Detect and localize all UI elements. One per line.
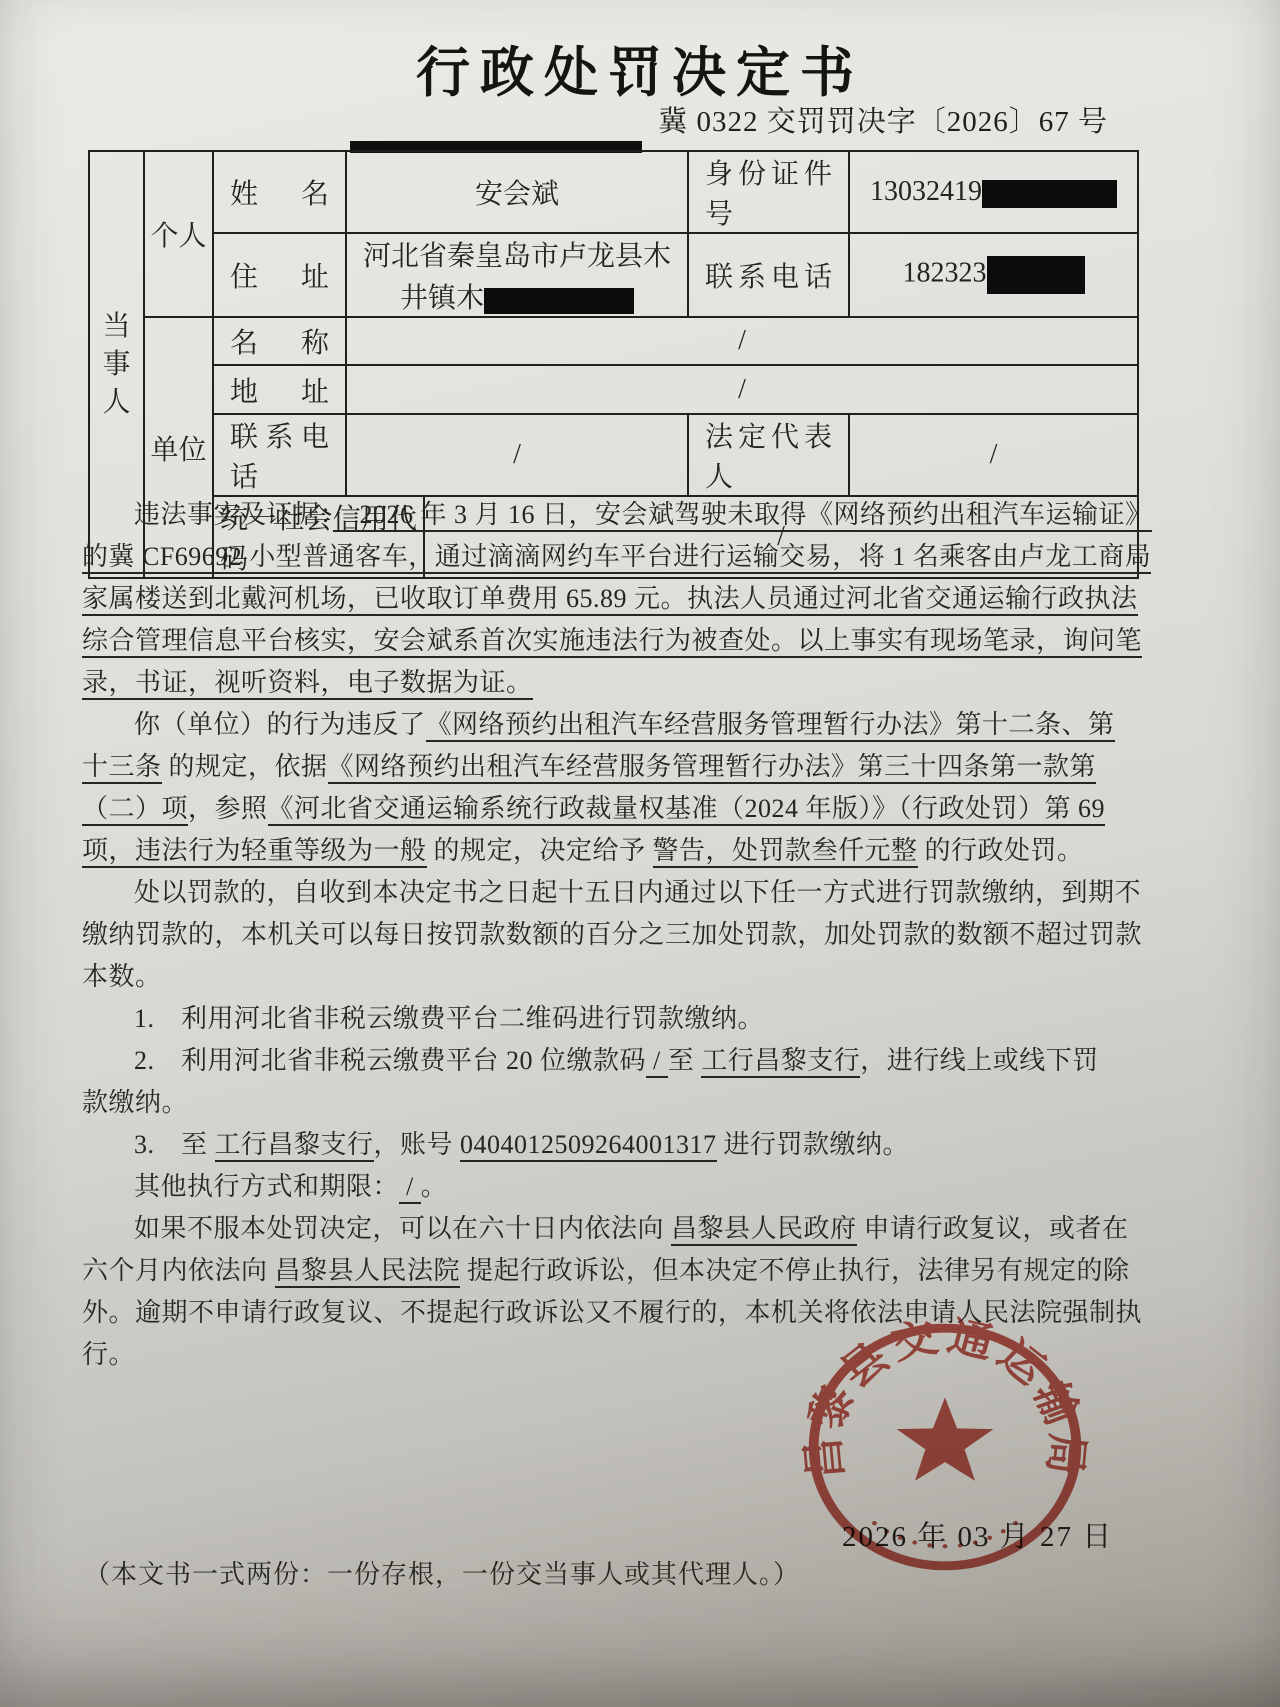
printed-text: 1. 利用河北省非税云缴费平台二维码进行罚款缴纳。 bbox=[134, 1004, 764, 1033]
filled-blank-text: 综合管理信息平台核实，安会斌系首次实施违法行为被查处。以上事实有现场笔录，询问笔 bbox=[82, 626, 1142, 658]
body-line: 项，违法行为轻重等级为一般 的规定，决定给予 警告，处罚款叁仟元整 的行政处罚。 bbox=[82, 830, 1144, 872]
printed-text: 缴纳罚款的，本机关可以每日按罚款数额的百分之三加处罚款，加处罚款的数额不超过罚款 bbox=[82, 920, 1142, 949]
filled-blank-text: 工行昌黎支行 bbox=[215, 1130, 374, 1162]
printed-text: 本数。 bbox=[82, 962, 162, 991]
printed-text: ，参照 bbox=[188, 794, 268, 823]
body-line: 综合管理信息平台核实，安会斌系首次实施违法行为被查处。以上事实有现场笔录，询问笔 bbox=[82, 620, 1144, 662]
name-value: 安会斌 bbox=[346, 151, 688, 233]
printed-text: 2. 利用河北省非税云缴费平台 20 位缴款码 bbox=[134, 1046, 646, 1075]
body-line: 录，书证，视听资料，电子数据为证。 bbox=[82, 662, 1144, 704]
id-number-prefix: 13032419 bbox=[870, 176, 982, 207]
filled-blank-text: 《网络预约出租汽车经营服务管理暂行办法》第三十四条第一款第 bbox=[328, 752, 1097, 784]
document-title: 行政处罚决定书 bbox=[0, 30, 1280, 107]
body-line: 2. 利用河北省非税云缴费平台 20 位缴款码 / 至 工行昌黎支行，进行线上或… bbox=[82, 1040, 1144, 1082]
body-text: 违法事实及证据： 2026 年 3 月 16 日，安会斌驾驶未取得《网络预约出租… bbox=[82, 494, 1144, 1376]
seal-code-marks bbox=[872, 1521, 1018, 1548]
footer-note: （本文书一式两份：一份存根，一份交当事人或其代理人。） bbox=[84, 1554, 800, 1591]
printed-text: 违法事实及证据： bbox=[134, 500, 333, 529]
body-line: 如果不服本处罚决定，可以在六十日内依法向 昌黎县人民政府 申请行政复议，或者在 bbox=[82, 1208, 1144, 1250]
org-name-label: 名称 bbox=[213, 317, 346, 365]
filled-blank-text: / bbox=[646, 1046, 668, 1078]
org-address-value: / bbox=[346, 365, 1138, 414]
printed-text: ，进行线上或线下罚 bbox=[860, 1046, 1099, 1075]
filled-blank-text: 警告，处罚款叁仟元整 bbox=[653, 836, 918, 868]
printed-text: 的规定，决定给予 bbox=[427, 836, 653, 865]
filled-blank-text: 《网络预约出租汽车经营服务管理暂行办法》第十二条、第 bbox=[426, 710, 1115, 742]
org-address-label: 地址 bbox=[213, 365, 346, 414]
body-line: 1. 利用河北省非税云缴费平台二维码进行罚款缴纳。 bbox=[82, 998, 1144, 1040]
filled-blank-text: 昌黎县人民法院 bbox=[275, 1256, 461, 1288]
address-line2-prefix: 井镇木 bbox=[400, 283, 484, 314]
body-line: 的冀 CF69692 小型普通客车，通过滴滴网约车平台进行运输交易，将 1 名乘… bbox=[82, 536, 1144, 578]
body-line: 十三条 的规定，依据《网络预约出租汽车经营服务管理暂行办法》第三十四条第一款第 bbox=[82, 746, 1144, 788]
body-line: （二）项，参照《河北省交通运输系统行政裁量权基准（2024 年版）》（行政处罚）… bbox=[82, 788, 1144, 830]
redaction-bar bbox=[982, 180, 1117, 208]
legal-rep-label: 法定代表人 bbox=[688, 414, 849, 496]
filled-blank-text: / bbox=[399, 1172, 421, 1204]
filled-blank-text: 昌黎县人民政府 bbox=[671, 1214, 857, 1246]
org-phone-value: / bbox=[346, 414, 688, 496]
printed-text: 的行政处罚。 bbox=[918, 836, 1084, 865]
redaction-bar bbox=[484, 288, 634, 314]
printed-text: 提起行政诉讼，但本决定不停止执行，法律另有规定的除 bbox=[460, 1256, 1130, 1285]
body-line: 款缴纳。 bbox=[82, 1082, 1144, 1124]
filled-blank-text: 录，书证，视听资料，电子数据为证。 bbox=[82, 668, 533, 700]
phone-prefix: 182323 bbox=[903, 257, 987, 288]
printed-text: 六个月内依法向 bbox=[82, 1256, 275, 1285]
address-value: 河北省秦皇岛市卢龙县木 井镇木 bbox=[346, 233, 688, 317]
phone-value: 182323 bbox=[849, 233, 1138, 317]
address-label: 住址 bbox=[213, 233, 346, 317]
body-line: 你（单位）的行为违反了《网络预约出租汽车经营服务管理暂行办法》第十二条、第 bbox=[82, 704, 1144, 746]
printed-text: ，账号 bbox=[374, 1130, 461, 1159]
printed-text: 进行罚款缴纳。 bbox=[717, 1130, 910, 1159]
body-line: 缴纳罚款的，本机关可以每日按罚款数额的百分之三加处罚款，加处罚款的数额不超过罚款 bbox=[82, 914, 1144, 956]
body-line: 处以罚款的，自收到本决定书之日起十五日内通过以下任一方式进行罚款缴纳，到期不 bbox=[82, 872, 1144, 914]
redaction-bar bbox=[987, 256, 1085, 294]
filled-blank-text: 0404012509264001317 bbox=[460, 1130, 717, 1162]
phone-label: 联系电话 bbox=[688, 233, 849, 317]
printed-text: 。 bbox=[421, 1172, 448, 1201]
address-line1: 河北省秦皇岛市卢龙县木 bbox=[347, 234, 687, 274]
printed-text: 其他执行方式和期限： bbox=[134, 1172, 399, 1201]
printed-text: 行。 bbox=[82, 1340, 135, 1369]
filled-blank-text: 项，违法行为轻重等级为一般 bbox=[82, 836, 427, 868]
printed-text: 如果不服本处罚决定，可以在六十日内依法向 bbox=[134, 1214, 671, 1243]
seal-star bbox=[897, 1397, 994, 1480]
id-number-label: 身份证件号 bbox=[688, 151, 849, 233]
name-label: 姓名 bbox=[213, 151, 346, 233]
printed-text: 的规定，依据 bbox=[162, 752, 328, 781]
printed-text: 申请行政复议，或者在 bbox=[857, 1214, 1129, 1243]
filled-blank-text: 工行昌黎支行 bbox=[701, 1046, 860, 1078]
address-line2: 井镇木 bbox=[347, 276, 687, 316]
filled-blank-text: 十三条 bbox=[82, 752, 162, 784]
filled-blank-text: 《河北省交通运输系统行政裁量权基准（2024 年版）》（行政处罚）第 69 bbox=[268, 794, 1106, 826]
filled-blank-text: 2026 年 3 月 16 日，安会斌驾驶未取得《网络预约出租汽车运输证》 bbox=[333, 500, 1152, 532]
body-line: 六个月内依法向 昌黎县人民法院 提起行政诉讼，但本决定不停止执行，法律另有规定的… bbox=[82, 1250, 1144, 1292]
body-line: 本数。 bbox=[82, 956, 1144, 998]
document-page: 行政处罚决定书 冀 0322 交罚罚决字〔2026〕67 号 当事人 个人 姓名… bbox=[0, 0, 1280, 1707]
id-number-value: 13032419 bbox=[849, 151, 1138, 233]
filled-blank-text: 的冀 CF69692 小型普通客车，通过滴滴网约车平台进行运输交易，将 1 名乘… bbox=[82, 542, 1151, 574]
official-seal: 昌黎县交通运输局 bbox=[798, 1314, 1092, 1580]
printed-text: 至 bbox=[668, 1046, 702, 1075]
legal-rep-value: / bbox=[849, 414, 1138, 496]
body-line: 家属楼送到北戴河机场，已收取订单费用 65.89 元。执法人员通过河北省交通运输… bbox=[82, 578, 1144, 620]
body-line: 其他执行方式和期限： / 。 bbox=[82, 1166, 1144, 1208]
body-line: 违法事实及证据： 2026 年 3 月 16 日，安会斌驾驶未取得《网络预约出租… bbox=[82, 494, 1144, 536]
printed-text: 你（单位）的行为违反了 bbox=[134, 710, 426, 739]
org-name-value: / bbox=[346, 317, 1138, 365]
filled-blank-text: （二）项 bbox=[82, 794, 188, 826]
individual-label: 个人 bbox=[144, 151, 213, 317]
filled-blank-text: 家属楼送到北戴河机场，已收取订单费用 65.89 元。执法人员通过河北省交通运输… bbox=[82, 584, 1138, 616]
body-line: 3. 至 工行昌黎支行，账号 0404012509264001317 进行罚款缴… bbox=[82, 1124, 1144, 1166]
org-phone-label: 联系电话 bbox=[213, 414, 346, 496]
printed-text: 款缴纳。 bbox=[82, 1088, 188, 1117]
printed-text: 3. 至 bbox=[134, 1130, 215, 1159]
printed-text: 处以罚款的，自收到本决定书之日起十五日内通过以下任一方式进行罚款缴纳，到期不 bbox=[134, 878, 1141, 907]
document-number: 冀 0322 交罚罚决字〔2026〕67 号 bbox=[658, 99, 1108, 140]
